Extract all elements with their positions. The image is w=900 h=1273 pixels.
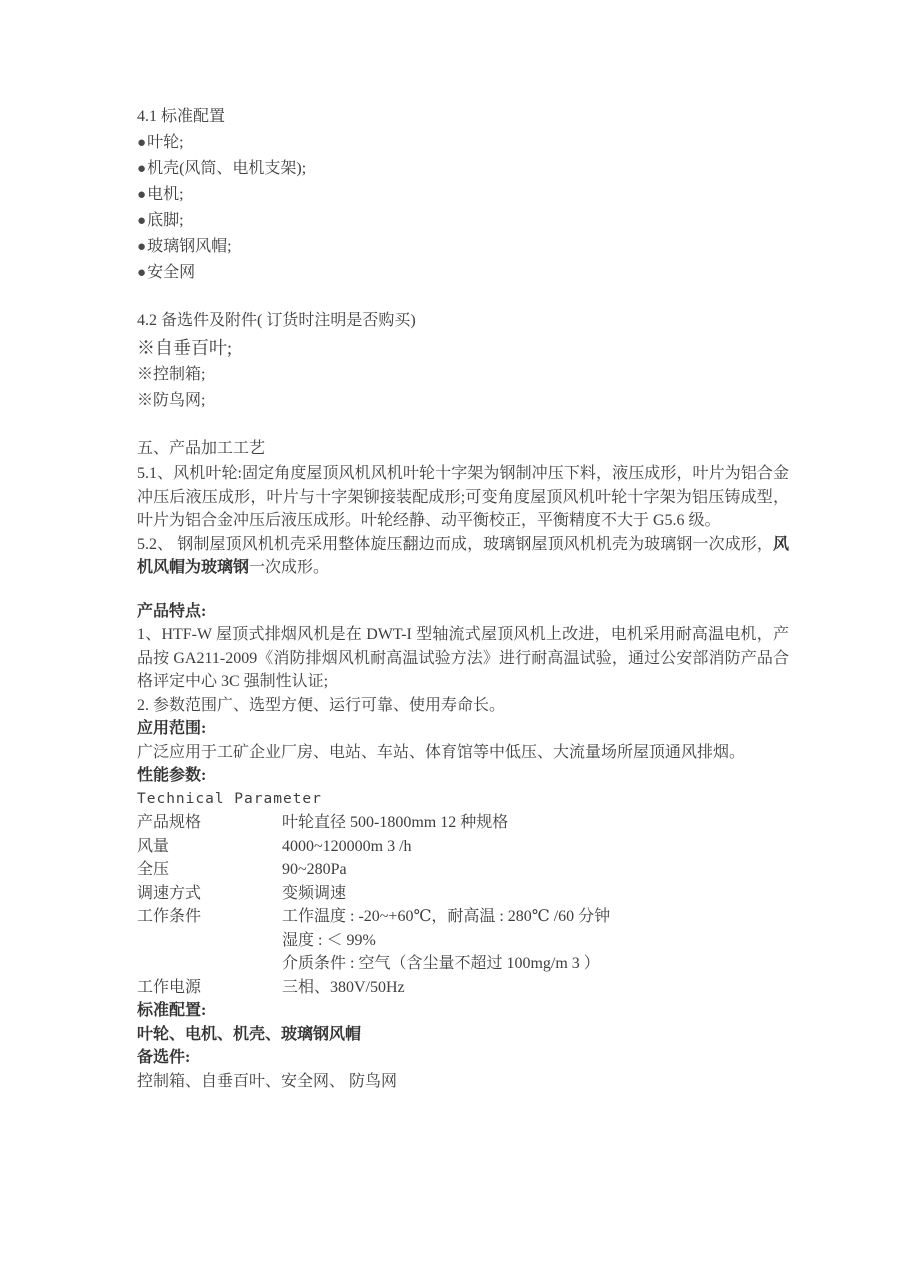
list-item: ●底脚; <box>137 208 789 234</box>
section-5-heading: 五、产品加工工艺 <box>137 436 789 462</box>
table-row: 湿度 : ＜ 99% <box>137 929 789 953</box>
paragraph-5-2: 5.2、 钢制屋顶风机机壳采用整体旋压翻边而成，玻璃钢屋顶风机机壳为玻璃钢一次成… <box>137 533 789 580</box>
section-features: 产品特点: 1、HTF-W 屋顶式排烟风机是在 DWT-I 型轴流式屋顶风机上改… <box>137 600 789 718</box>
row-value: 介质条件 : 空气（含尘量不超过 100mg/m 3 ） <box>282 952 789 976</box>
bullet-icon: ● <box>137 130 146 156</box>
options-heading: 备选件: <box>137 1046 789 1070</box>
paragraph-5-2-tail: 一次成形。 <box>249 559 329 576</box>
paragraph-5-2-normal: 5.2、 钢制屋顶风机机壳采用整体旋压翻边而成，玻璃钢屋顶风机机壳为玻璃钢一次成… <box>137 536 773 553</box>
bullet-icon: ● <box>137 182 146 208</box>
bullet-icon: ● <box>137 260 146 286</box>
options-text: 控制箱、自垂百叶、安全网、 防鸟网 <box>137 1070 789 1094</box>
document-page: 4.1 标准配置 ●叶轮; ●机壳(风筒、电机支架); ●电机; ●底脚; ●玻… <box>0 0 900 1093</box>
list-item: ※控制箱; <box>137 362 789 388</box>
scope-heading: 应用范围: <box>137 717 789 741</box>
list-item: ●机壳(风筒、电机支架); <box>137 156 789 182</box>
features-heading: 产品特点: <box>137 600 789 624</box>
list-item: ●安全网 <box>137 260 789 286</box>
row-value: 湿度 : ＜ 99% <box>282 929 789 953</box>
section-41-heading: 4.1 标准配置 <box>137 104 789 130</box>
section-42-heading: 4.2 备选件及附件( 订货时注明是否购买) <box>137 308 789 334</box>
list-item-text: 叶轮; <box>147 130 183 156</box>
row-value: 三相、380V/50Hz <box>282 976 789 1000</box>
technical-parameter-label: Technical Parameter <box>137 788 789 812</box>
row-label: 工作条件 <box>137 905 282 929</box>
list-item: ●电机; <box>137 182 789 208</box>
row-label <box>137 952 282 976</box>
list-item: ●玻璃钢风帽; <box>137 234 789 260</box>
features-item-1: 1、HTF-W 屋顶式排烟风机是在 DWT-I 型轴流式屋顶风机上改进，电机采用… <box>137 623 789 694</box>
list-item: ※防鸟网; <box>137 388 789 414</box>
list-item: ※自垂百叶; <box>137 334 789 362</box>
bullet-icon: ● <box>137 156 146 182</box>
features-item-2: 2. 参数范围广、选型方便、运行可靠、使用寿命长。 <box>137 694 789 718</box>
list-item-text: 自垂百叶; <box>155 338 232 358</box>
row-value: 工作温度 : -20~+60℃，耐高温 : 280℃ /60 分钟 <box>282 905 789 929</box>
row-value: 叶轮直径 500-1800mm 12 种规格 <box>282 811 789 835</box>
reference-mark-icon: ※ <box>137 392 153 409</box>
parameters-table: 产品规格叶轮直径 500-1800mm 12 种规格 风量4000~120000… <box>137 811 789 999</box>
section-scope: 应用范围: 广泛应用于工矿企业厂房、电站、车站、体育馆等中低压、大流量场所屋顶通… <box>137 717 789 764</box>
row-label: 产品规格 <box>137 811 282 835</box>
row-label: 风量 <box>137 835 282 859</box>
standard-config-heading: 标准配置: <box>137 999 789 1023</box>
row-label: 全压 <box>137 858 282 882</box>
section-process-5: 五、产品加工工艺 5.1、风机叶轮:固定角度屋顶风机风机叶轮十字架为钢制冲压下料… <box>137 436 789 580</box>
row-value: 变频调速 <box>282 882 789 906</box>
list-item: ●叶轮; <box>137 130 789 156</box>
list-item-text: 机壳(风筒、电机支架); <box>147 156 306 182</box>
row-label: 工作电源 <box>137 976 282 1000</box>
scope-text: 广泛应用于工矿企业厂房、电站、车站、体育馆等中低压、大流量场所屋顶通风排烟。 <box>137 741 789 765</box>
section-parameters: 性能参数: Technical Parameter 产品规格叶轮直径 500-1… <box>137 764 789 999</box>
row-label <box>137 929 282 953</box>
list-item-text: 防鸟网; <box>153 392 205 409</box>
row-value: 4000~120000m 3 /h <box>282 835 789 859</box>
table-row: 风量4000~120000m 3 /h <box>137 835 789 859</box>
section-standard-config-bottom: 标准配置: 叶轮、电机、机壳、玻璃钢风帽 备选件: 控制箱、自垂百叶、安全网、 … <box>137 999 789 1093</box>
bullet-icon: ● <box>137 234 146 260</box>
bullet-icon: ● <box>137 208 146 234</box>
row-label: 调速方式 <box>137 882 282 906</box>
reference-mark-icon: ※ <box>137 366 153 383</box>
table-row: 工作电源三相、380V/50Hz <box>137 976 789 1000</box>
list-item-text: 玻璃钢风帽; <box>147 234 231 260</box>
list-item-text: 底脚; <box>147 208 183 234</box>
paragraph-5-1: 5.1、风机叶轮:固定角度屋顶风机风机叶轮十字架为钢制冲压下料，液压成形，叶片为… <box>137 462 789 533</box>
list-item-text: 电机; <box>147 182 183 208</box>
reference-mark-icon: ※ <box>137 338 155 358</box>
table-row: 全压90~280Pa <box>137 858 789 882</box>
section-standard-config-41: 4.1 标准配置 ●叶轮; ●机壳(风筒、电机支架); ●电机; ●底脚; ●玻… <box>137 104 789 286</box>
list-item-text: 控制箱; <box>153 366 205 383</box>
table-row: 调速方式变频调速 <box>137 882 789 906</box>
list-item-text: 安全网 <box>147 260 195 286</box>
table-row: 介质条件 : 空气（含尘量不超过 100mg/m 3 ） <box>137 952 789 976</box>
row-value: 90~280Pa <box>282 858 789 882</box>
parameters-heading: 性能参数: <box>137 764 789 788</box>
standard-config-text: 叶轮、电机、机壳、玻璃钢风帽 <box>137 1023 789 1047</box>
section-options-42: 4.2 备选件及附件( 订货时注明是否购买) ※自垂百叶; ※控制箱; ※防鸟网… <box>137 308 789 414</box>
table-row: 产品规格叶轮直径 500-1800mm 12 种规格 <box>137 811 789 835</box>
table-row: 工作条件工作温度 : -20~+60℃，耐高温 : 280℃ /60 分钟 <box>137 905 789 929</box>
